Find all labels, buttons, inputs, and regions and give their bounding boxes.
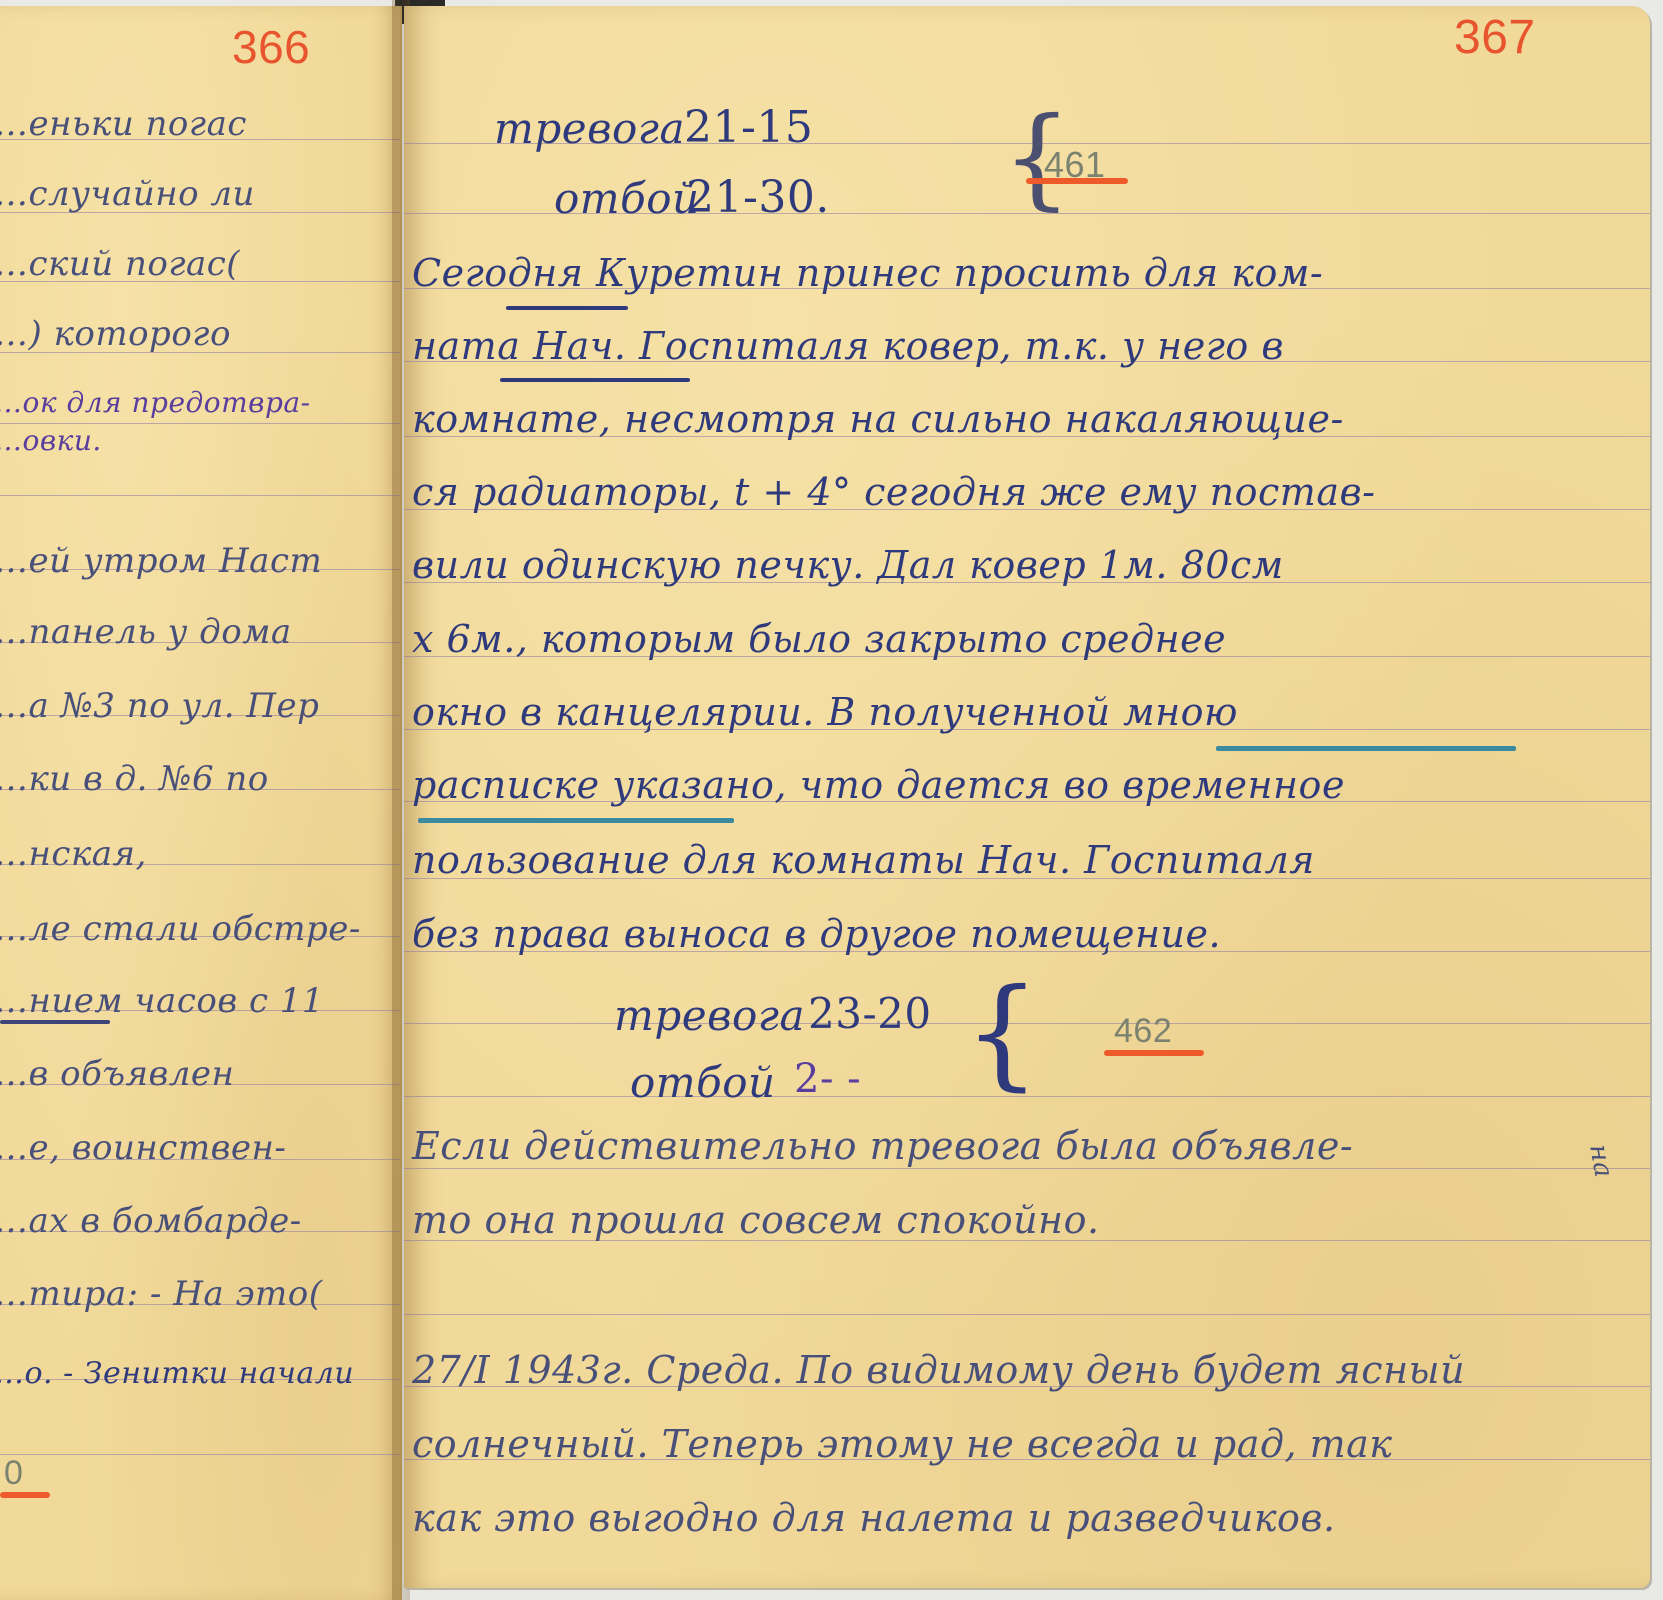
text-line: окно в канцелярии. В полученной мною [412,690,1238,734]
alarm-time: 21-15 [684,102,813,153]
red-underline [1026,178,1128,184]
margin-note: на [1583,1142,1618,1180]
underline-title [500,378,690,382]
alarm-count: 462 [1114,1012,1172,1051]
left-page: 366 …еньки погас …случайно ли …ский пога… [0,6,402,1600]
left-line: …овки. [0,424,102,457]
underline-name [506,306,628,310]
left-line: …) которого [0,314,231,354]
all-clear-time: 21-30. [686,172,830,223]
ruled-line [404,1168,1650,1169]
alarm-time: 23-20 [808,989,932,1038]
text-line: Если действительно тревога была объявле- [412,1124,1353,1168]
text-line: то она прошла совсем спокойно. [412,1198,1100,1242]
red-underline [1104,1050,1204,1056]
alarm-label: тревога [614,991,805,1040]
left-line: …а №3 по ул. Пер [0,686,319,726]
left-line: …тира: - На это( [0,1274,322,1314]
text-line: ся радиаторы, t + 4° сегодня же ему пост… [412,470,1375,514]
left-line: …случайно ли [0,174,255,214]
ruled-line [0,1454,400,1455]
left-line: …в объявлен [0,1054,234,1094]
diary-date-line: 27/I 1943г. Среда. По видимому день буде… [412,1348,1465,1392]
all-clear-label: отбой [630,1058,776,1107]
right-page: 367 тревога 21-15 отбой 21-30. { 461 Сег… [404,6,1650,1588]
text-line: без права выноса в другое помещение. [412,912,1221,956]
teal-underline [418,818,734,823]
red-underline [0,1492,50,1498]
left-line: …о. - Зенитки начали [0,1356,354,1391]
left-line: …нием часов с 11 [0,981,324,1021]
brace-icon: { [964,974,1040,1094]
text-line: расписке указано, что дается во временно… [412,763,1345,807]
text-line: пользование для комнаты Нач. Госпиталя [412,838,1315,882]
text-line: как это выгодно для налета и разведчиков… [412,1496,1336,1540]
text-line: х 6м., которым было закрыто среднее [412,617,1226,661]
text-line: Сегодня Куретин принес просить для ком- [412,251,1323,295]
all-clear-time: 2- - [794,1056,861,1102]
left-line: …нская, [0,834,147,874]
left-line: …е, воинствен- [0,1128,286,1168]
left-line: …ей утром Наст [0,541,322,581]
left-line: …ский погас( [0,244,240,284]
page-number-left: 366 [232,20,310,74]
page-number-right: 367 [1454,10,1536,65]
ruled-line [404,1314,1650,1315]
text-line: ната Нач. Госпиталя ковер, т.к. у него в [412,324,1284,368]
ruled-line [0,495,400,496]
all-clear-label: отбой [554,174,700,223]
text-line: солнечный. Теперь этому не всегда и рад,… [412,1422,1393,1466]
teal-underline [1216,746,1516,751]
left-line: …еньки погас [0,104,247,144]
left-line: …ах в бомбарде- [0,1201,302,1241]
underline [0,1020,110,1024]
left-line: …ок для предотвра- [0,386,311,419]
left-line: …ки в д. №6 по [0,759,269,799]
left-line: …панель у дома [0,612,292,652]
left-line: …ле стали обстре- [0,909,361,949]
text-line: вили одинскую печку. Дал ковер 1м. 80см [412,543,1284,587]
alarm-label: тревога [494,104,685,153]
margin-mark: 0 [4,1454,23,1493]
text-line: комнате, несмотря на сильно накаляющие- [412,397,1344,441]
